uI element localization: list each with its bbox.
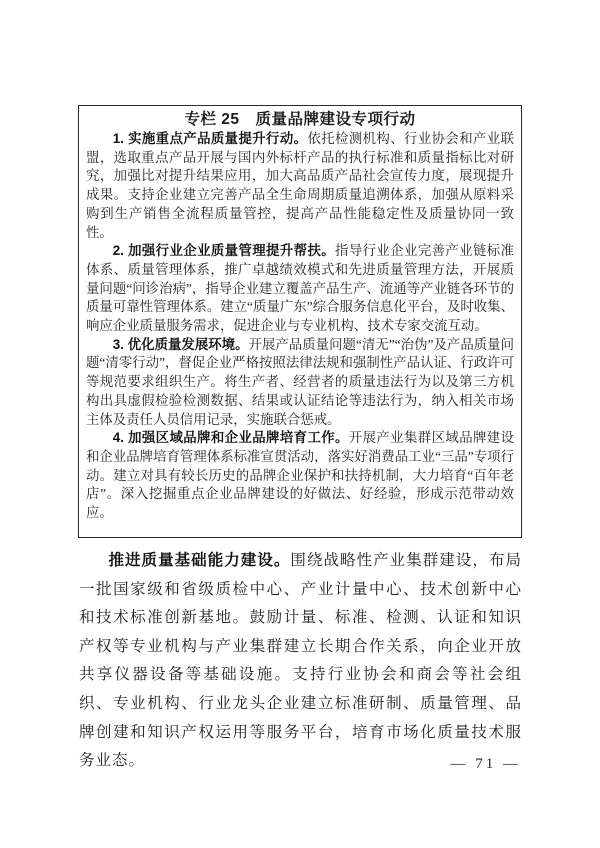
box-paragraph-2-lead: 2. 加强行业企业质量管理提升帮扶。 (113, 243, 335, 258)
body-paragraph-lead: 推进质量基础能力建设。 (108, 552, 290, 569)
box-paragraph-3: 3. 优化质量发展环境。开展产品质量问题“清无”“治伪”及产品质量问题“清零行动… (86, 336, 514, 430)
box-paragraph-4: 4. 加强区域品牌和企业品牌培育工作。开展产业集群区域品牌建设和企业品牌培育管理… (86, 429, 514, 523)
box-paragraph-4-lead: 4. 加强区域品牌和企业品牌培育工作。 (113, 430, 349, 445)
box-paragraph-2: 2. 加强行业企业质量管理提升帮扶。指导行业企业完善产业链标准体系、质量管理体系… (86, 242, 514, 336)
body-paragraph: 推进质量基础能力建设。围绕战略性产业集群建设，布局一批国家级和省级质检中心、产业… (79, 547, 522, 776)
document-page: 专栏 25 质量品牌建设专项行动 1. 实施重点产品质量提升行动。依托检测机构、… (0, 0, 600, 848)
box-paragraph-3-lead: 3. 优化质量发展环境。 (113, 337, 249, 352)
box-paragraph-1-lead: 1. 实施重点产品质量提升行动。 (113, 131, 308, 146)
box-paragraph-1-text: 依托检测机构、行业协会和产业联盟，选取重点产品开展与国内外标杆产品的执行标准和质… (86, 131, 514, 240)
page-number: — 71 — (451, 756, 522, 773)
box-paragraph-1: 1. 实施重点产品质量提升行动。依托检测机构、行业协会和产业联盟，选取重点产品开… (86, 130, 514, 242)
body-paragraph-text: 围绕战略性产业集群建设，布局一批国家级和省级质检中心、产业计量中心、技术创新中心… (79, 552, 522, 769)
column-box: 专栏 25 质量品牌建设专项行动 1. 实施重点产品质量提升行动。依托检测机构、… (78, 105, 522, 538)
box-title: 专栏 25 质量品牌建设专项行动 (86, 109, 514, 130)
